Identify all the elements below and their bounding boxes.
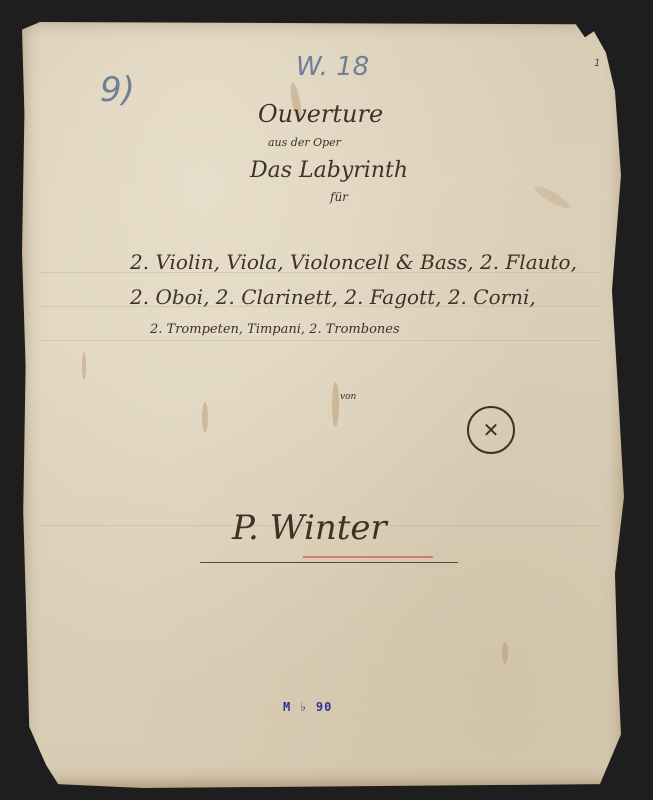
corner-mark: 1: [594, 58, 600, 69]
library-stamp: ✕: [467, 406, 515, 454]
stain: [502, 642, 508, 664]
signature-line: [200, 562, 458, 563]
stain: [332, 382, 339, 427]
by-line: von: [340, 392, 356, 402]
shelfmark-stamp: M ♭ 90: [283, 700, 332, 714]
title: Ouverture: [258, 100, 383, 128]
instrumentation-line-3: 2. Trompeten, Timpani, 2. Trombones: [150, 322, 400, 337]
stain: [532, 183, 572, 212]
red-underline: [303, 556, 433, 558]
subtitle-line: aus der Oper: [268, 136, 341, 149]
for-line: für: [330, 190, 348, 204]
composer-signature: P. Winter: [232, 508, 387, 548]
catalog-number: W. 18: [296, 52, 369, 82]
pencil-number: 9): [100, 70, 135, 110]
instrumentation-line-1: 2. Violin, Viola, Violoncell & Bass, 2. …: [130, 250, 577, 274]
stain: [82, 352, 86, 380]
instrumentation-line-2: 2. Oboi, 2. Clarinett, 2. Fagott, 2. Cor…: [130, 285, 536, 309]
stain: [202, 402, 208, 432]
ruled-line: [40, 340, 600, 341]
crossed-keys-icon: ✕: [483, 418, 500, 442]
opera-name: Das Labyrinth: [250, 158, 408, 183]
